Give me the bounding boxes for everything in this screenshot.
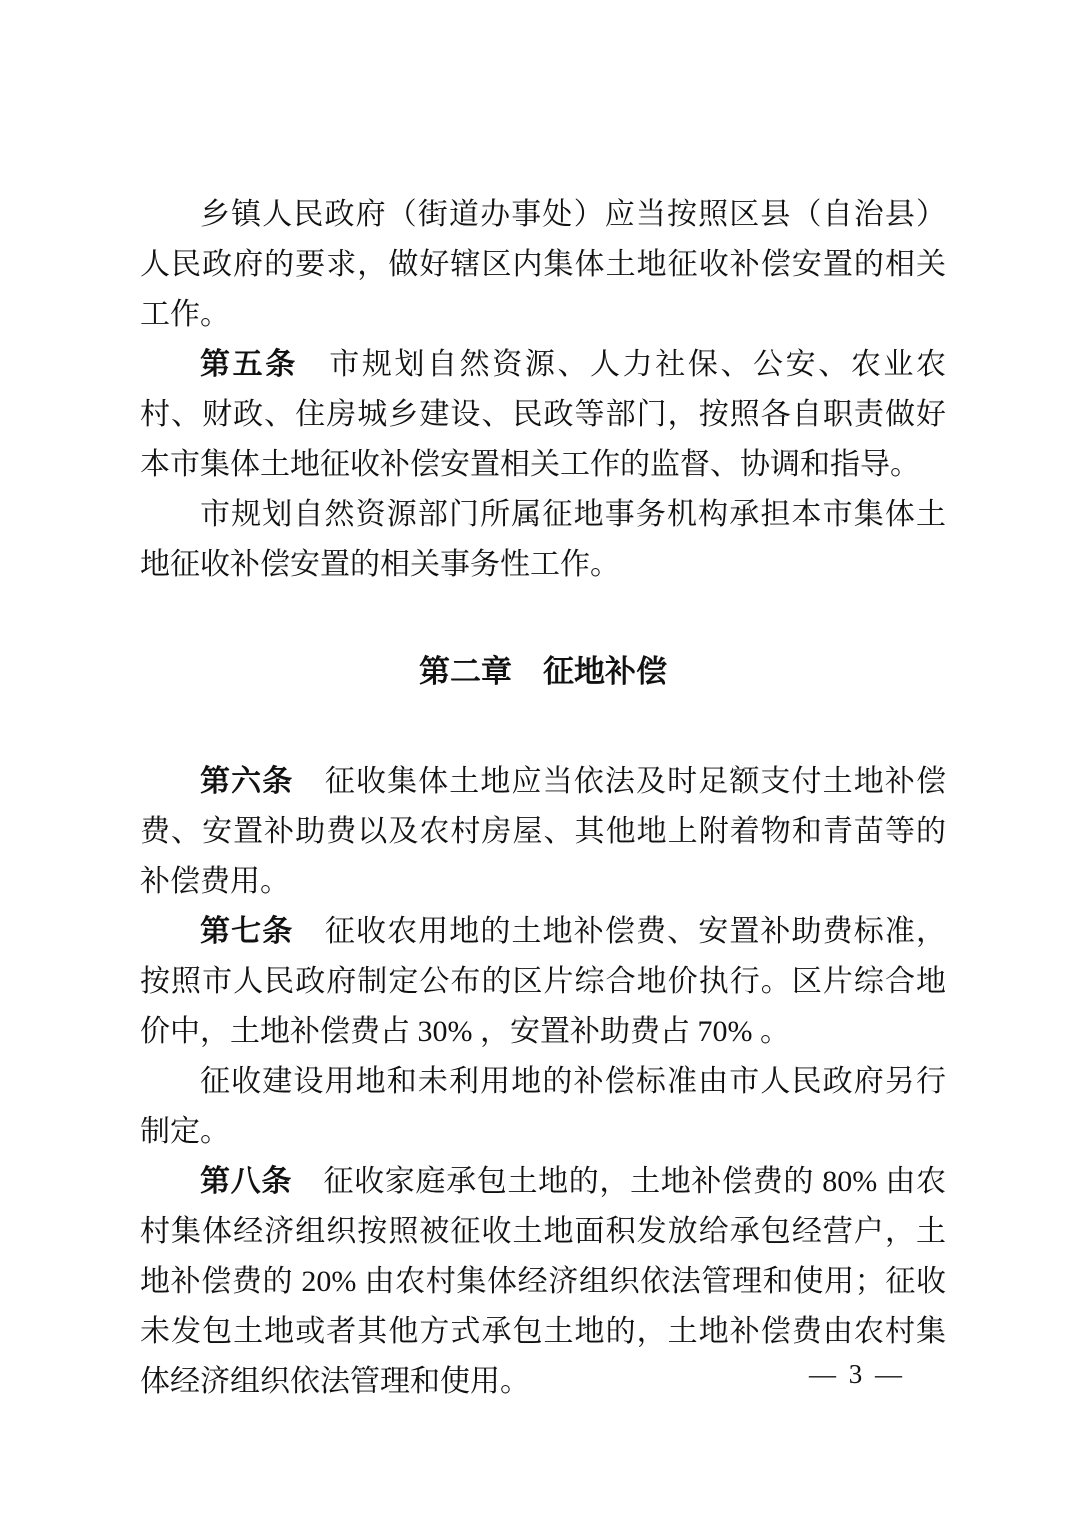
paragraph-text: 征收建设用地和未利用地的补偿标准由市人民政府另行制定。 [140, 1065, 946, 1148]
document-page: 乡镇人民政府（街道办事处）应当按照区县（自治县）人民政府的要求，做好辖区内集体土… [0, 0, 1075, 1521]
paragraph: 第七条征收农用地的土地补偿费、安置补助费标准，按照市人民政府制定公布的区片综合地… [140, 907, 946, 1057]
article-number: 第五条 [200, 348, 298, 381]
paragraph-text: 乡镇人民政府（街道办事处）应当按照区县（自治县）人民政府的要求，做好辖区内集体土… [140, 198, 946, 331]
chapter-heading: 第二章 征地补偿 [140, 647, 946, 697]
paragraph: 第六条征收集体土地应当依法及时足额支付土地补偿费、安置补助费以及农村房屋、其他地… [140, 757, 946, 907]
paragraph: 征收建设用地和未利用地的补偿标准由市人民政府另行制定。 [140, 1057, 946, 1157]
paragraph: 第五条市规划自然资源、人力社保、公安、农业农村、财政、住房城乡建设、民政等部门，… [140, 340, 946, 490]
article-number: 第八条 [200, 1165, 292, 1198]
article-number: 第七条 [200, 915, 293, 948]
paragraph-text: 市规划自然资源部门所属征地事务机构承担本市集体土地征收补偿安置的相关事务性工作。 [140, 498, 946, 581]
article-number: 第六条 [200, 765, 293, 798]
paragraph: 市规划自然资源部门所属征地事务机构承担本市集体土地征收补偿安置的相关事务性工作。 [140, 490, 946, 590]
page-number: — 3 — [809, 1359, 905, 1389]
paragraph: 乡镇人民政府（街道办事处）应当按照区县（自治县）人民政府的要求，做好辖区内集体土… [140, 190, 946, 340]
document-body: 乡镇人民政府（街道办事处）应当按照区县（自治县）人民政府的要求，做好辖区内集体土… [140, 190, 946, 1407]
